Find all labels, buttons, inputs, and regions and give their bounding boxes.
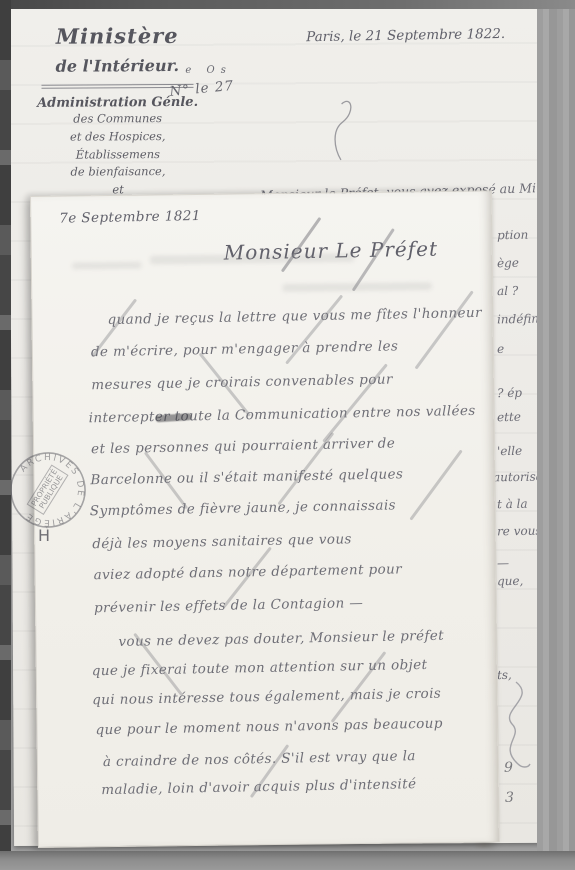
letter-line: Barcelonne ou il s'était manifesté quelq… [90,466,403,488]
letter-line: à craindre de nos côtés. S'il est vray q… [103,748,416,770]
scanned-document: Ministère de l'Intérieur. Administration… [0,0,575,870]
letterhead-line: et des Hospices, [28,128,208,147]
pencil-mark-h: H [38,526,50,545]
scan-border-left [0,0,11,870]
letter-line: quand je reçus la lettre que vous me fît… [107,305,482,328]
scan-border-top [0,0,575,9]
letter-line: et les personnes qui pourraient arriver … [91,435,395,457]
letter-line: déjà les moyens sanitaires que vous [92,531,352,552]
letter-line: mesures que je croirais convenables pour [91,371,393,393]
paris-dateline: Paris, le 21 Septembre 1822. [306,26,505,45]
ministry-title-line1: Ministère [27,23,207,49]
scan-border-bottom [0,851,575,870]
reference-number-note: N° le 27 [169,78,235,100]
ministry-title-line2: de l'Intérieur. [27,56,207,76]
letter-line: vous ne devez pas douter, Monsieur le pr… [118,628,444,650]
letter-line: de m'écrire, pour m'engager à prendre le… [91,338,399,360]
ink-showthrough-smudge [72,262,142,270]
letterhead-line: de bienfaisance, [28,163,208,182]
paraph-flourish-mark [326,98,360,168]
ink-showthrough-smudge [150,253,355,265]
letter-line: que pour le moment nous n'avons pas beau… [95,716,443,739]
pencil-hatch-mark [409,450,462,521]
reference-superscript-note: e Os [185,65,232,76]
letter-line: Symptômes de fièvre jaune, je connaissai… [90,497,396,519]
letterhead-divider [41,84,193,89]
letter-date: 7e Septembre 1821 [59,208,201,227]
letter-line: intercepter toute la Communication entre… [89,403,476,426]
ministry-letterhead: Ministère de l'Intérieur. Administration… [27,23,208,218]
letterhead-line: des Communes [28,110,208,129]
pencil-hatch-mark [415,290,474,369]
letter-line: qui nous intéresse tous également, mais … [92,686,441,709]
handwritten-letter-page: 7e Septembre 1821 Monsieur Le Préfet qua… [30,190,500,848]
scan-background-right [537,0,575,870]
letterhead-line: Établissemens [28,145,208,164]
administration-title: Administration Génle. [28,95,208,111]
